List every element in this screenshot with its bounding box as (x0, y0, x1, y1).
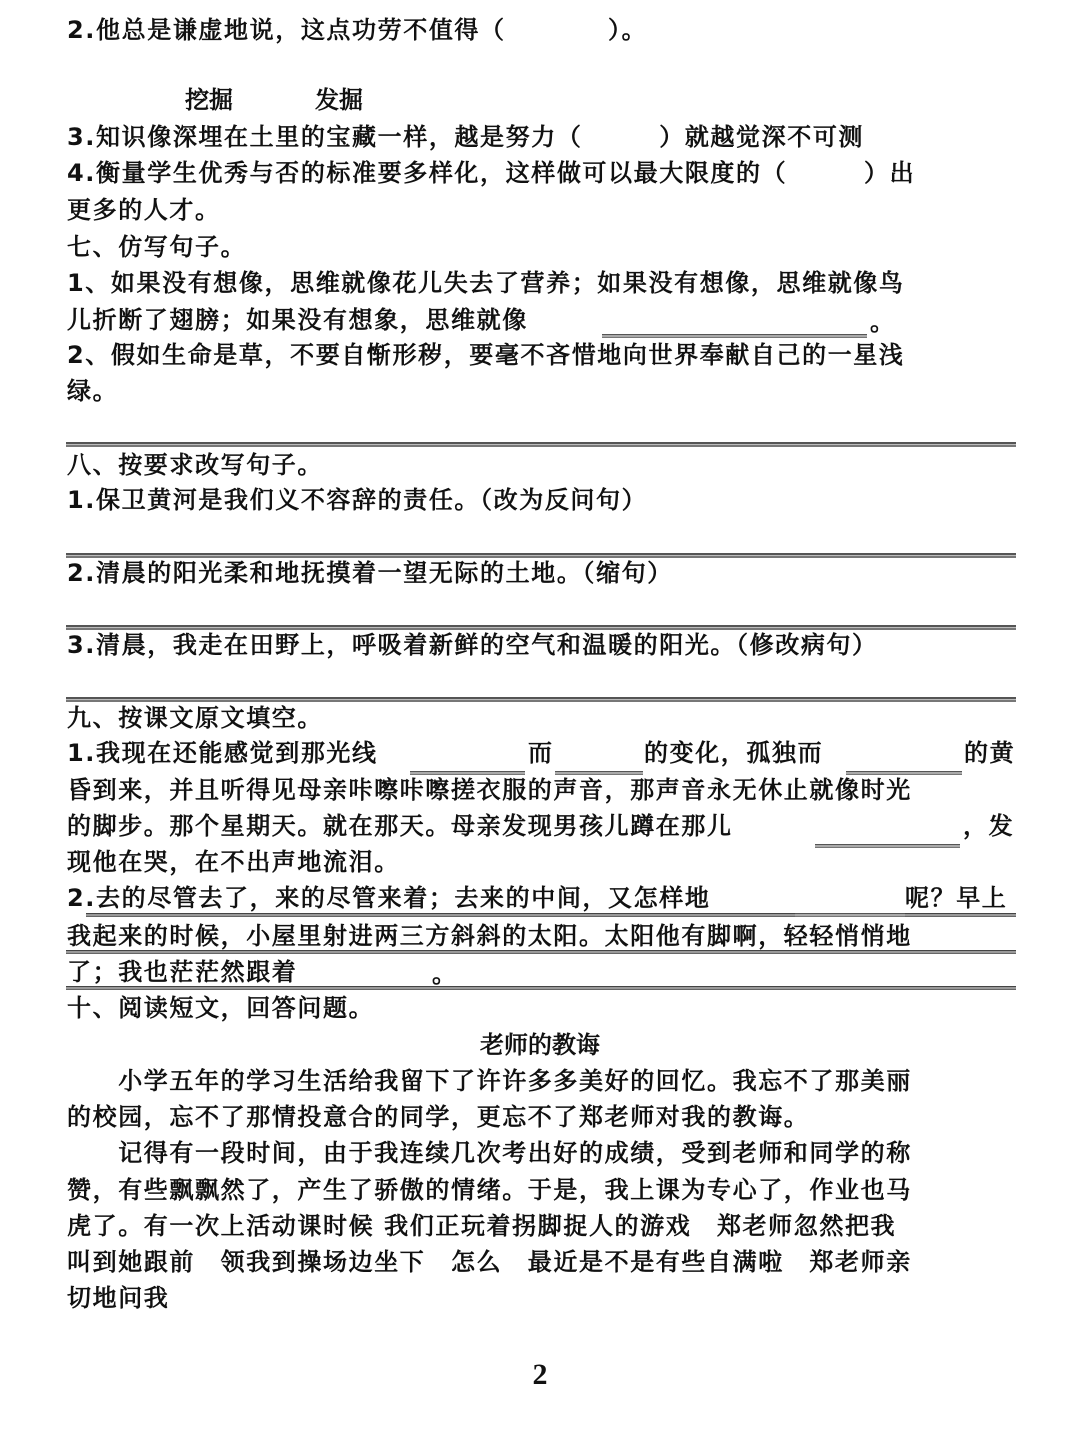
question-text: 而 (528, 738, 554, 768)
question-text: 绿。 (67, 376, 118, 406)
passage-title: 老师的教诲 (0, 1030, 1080, 1060)
question-text: ，发 (963, 811, 1014, 841)
passage-line: 切地问我 (67, 1283, 169, 1313)
passage-line: 记得有一段时间，由于我连续几次考出好的成绩，受到老师和同学的称 (67, 1138, 912, 1168)
question-text: 呢？早上 (905, 883, 1007, 913)
question-text: 了；我也茫茫然跟着 (67, 957, 297, 987)
question-text: 的脚步。那个星期天。就在那天。母亲发现男孩儿蹲在那儿 (67, 811, 733, 841)
word-option: 发掘 (315, 85, 363, 115)
section-heading: 九、按课文原文填空。 (67, 703, 323, 733)
question-text: 3.清晨，我走在田野上，呼吸着新鲜的空气和温暖的阳光。（修改病句） (67, 630, 878, 660)
question-text: 2、假如生命是草，不要自惭形秽，要毫不吝惜地向世界奉献自己的一星浅 (67, 340, 905, 370)
question-text: 我起来的时候，小屋里射进两三方斜斜的太阳。太阳他有脚啊，轻轻悄悄地 (67, 921, 912, 951)
question-text: 2.清晨的阳光柔和地抚摸着一望无际的土地。（缩句） (67, 558, 673, 588)
question-text: 2.他总是谦虚地说，这点功劳不值得（ ）。 (67, 15, 647, 45)
question-text: 昏到来，并且听得见母亲咔嚓咔嚓搓衣服的声音，那声音永无休止就像时光 (67, 775, 912, 805)
question-text: 的黄 (964, 738, 1015, 768)
answer-line[interactable] (66, 697, 1016, 702)
answer-blank[interactable] (815, 844, 960, 848)
question-text: 1、如果没有想像，思维就像花儿失去了营养；如果没有想像，思维就像鸟 (67, 268, 905, 298)
passage-line: 小学五年的学习生活给我留下了许许多多美好的回忆。我忘不了那美丽 (67, 1066, 912, 1096)
punctuation: 。 (432, 959, 458, 989)
answer-blank[interactable] (602, 334, 867, 338)
section-heading: 十、阅读短文，回答问题。 (67, 993, 374, 1023)
answer-blank[interactable] (795, 913, 905, 917)
section-heading: 八、按要求改写句子。 (67, 450, 323, 480)
passage-line: 赞，有些飘飘然了，产生了骄傲的情绪。于是，我上课为专心了，作业也马 (67, 1175, 912, 1205)
question-text: 1.我现在还能感觉到那光线 (67, 738, 378, 768)
question-text: 儿折断了翅膀；如果没有想象，思维就像 (67, 305, 528, 335)
section-heading: 七、仿写句子。 (67, 232, 246, 262)
answer-line[interactable] (66, 442, 1016, 447)
passage-line: 的校园，忘不了那情投意合的同学，更忘不了郑老师对我的教诲。 (67, 1102, 809, 1132)
punctuation: 。 (870, 307, 896, 337)
question-text: 的变化，孤独而 (644, 738, 823, 768)
underline (66, 950, 1016, 954)
page-number: 2 (0, 1358, 1080, 1392)
question-text: 更多的人才。 (67, 195, 221, 225)
question-text: 2.去的尽管去了，来的尽管来着；去来的中间，又怎样地 (67, 883, 710, 913)
underline (66, 986, 1016, 990)
question-text: 1.保卫黄河是我们义不容辞的责任。（改为反问句） (67, 485, 647, 515)
question-text: 3.知识像深埋在土里的宝藏一样，越是努力（ ）就越觉深不可测 (67, 122, 864, 152)
passage-line: 虎了。有一次上活动课时候 我们正玩着拐脚捉人的游戏 郑老师忽然把我 (67, 1211, 896, 1241)
passage-line: 叫到她跟前 领我到操场边坐下 怎么 最近是不是有些自满啦 郑老师亲 (67, 1247, 912, 1277)
word-option: 挖掘 (185, 85, 233, 115)
question-text: 现他在哭，在不出声地流泪。 (67, 847, 400, 877)
question-text: 4.衡量学生优秀与否的标准要多样化，这样做可以最大限度的（ ）出 (67, 158, 915, 188)
